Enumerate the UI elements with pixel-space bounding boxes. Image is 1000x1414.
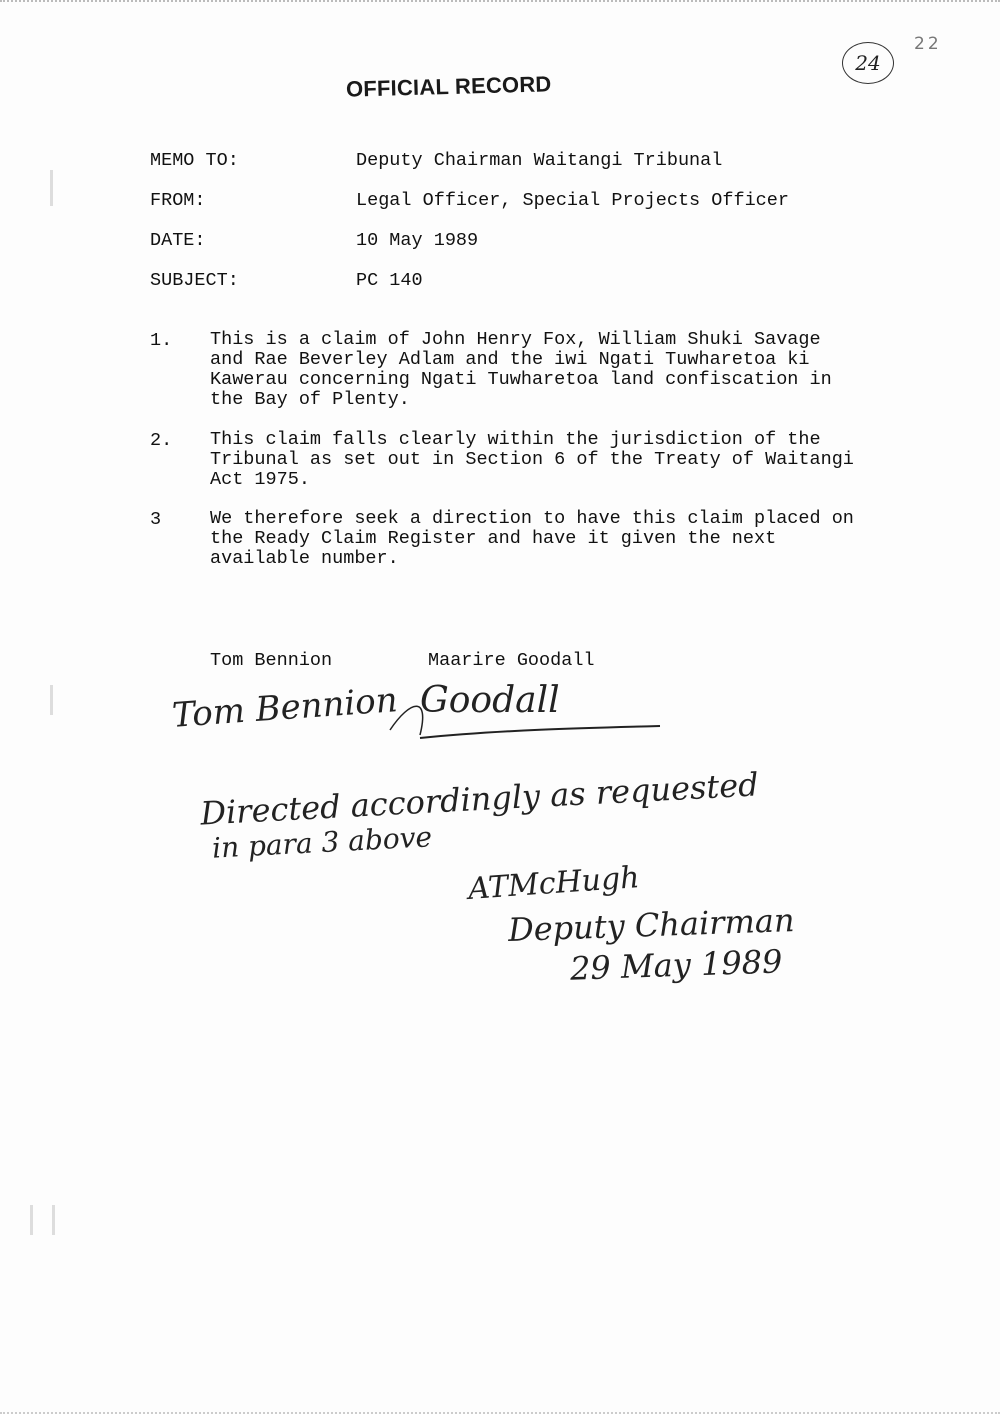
date-label: DATE: [150,230,206,251]
punch-mark [52,1205,55,1235]
scan-edge-top [0,0,1000,6]
folio-number: 24 [842,42,894,84]
punch-mark [50,685,53,715]
from-label: FROM: [150,190,206,211]
handwritten-title: Deputy Chairman [507,901,795,949]
paragraph-number: 3 [150,509,161,530]
paragraph-text: We therefore seek a direction to have th… [210,509,930,569]
date-value: 10 May 1989 [356,230,478,251]
from-value: Legal Officer, Special Projects Officer [356,190,789,211]
memo-to-label: MEMO TO: [150,150,239,171]
signature-underline [380,690,680,750]
handwritten-date: 29 May 1989 [569,942,783,987]
punch-mark [50,170,53,206]
signature-tom-bennion: Tom Bennion [171,680,399,736]
subject-value: PC 140 [356,270,423,291]
official-record-stamp: OFFICIAL RECORD [346,71,552,102]
paragraph-number: 1. [150,330,172,351]
paragraph-number: 2. [150,430,172,451]
scan-edge-bottom [0,1408,1000,1414]
handwritten-direction-line-1: Directed accordingly as requested [199,765,759,832]
signatory-name-2: Maarire Goodall [428,650,595,671]
page-number: 22 [914,34,942,54]
punch-mark [30,1205,33,1235]
memo-to-value: Deputy Chairman Waitangi Tribunal [356,150,722,171]
paragraph-text: This claim falls clearly within the juri… [210,430,930,490]
handwritten-signature-deputy-chairman: ATMcHugh [467,860,641,907]
document-page: 24 22 OFFICIAL RECORD MEMO TO: Deputy Ch… [0,0,1000,1414]
paragraph-text: This is a claim of John Henry Fox, Willi… [210,330,930,410]
signatory-name-1: Tom Bennion [210,650,332,671]
subject-label: SUBJECT: [150,270,239,291]
